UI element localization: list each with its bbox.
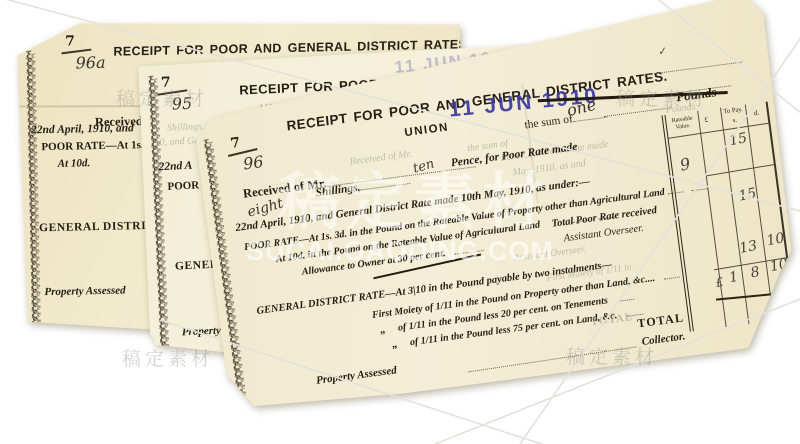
watermark-brand: SUCAI.GAODING.COM [246, 236, 554, 267]
scanned-receipts-photo: ξξξξξξξξξξξξξξξξξξξξξξξξξξξξξξξξξξξξξξξξ… [0, 0, 800, 444]
watermark-cjk-small: 稿定素材 [616, 84, 708, 111]
watermark-cjk-small: 稿定素材 [122, 344, 214, 371]
watermark-cjk-large: 稿定素材 [278, 152, 550, 241]
watermark-cjk-small: 稿定素材 [116, 84, 208, 111]
watermark-cjk-small: 稿定素材 [566, 342, 658, 369]
